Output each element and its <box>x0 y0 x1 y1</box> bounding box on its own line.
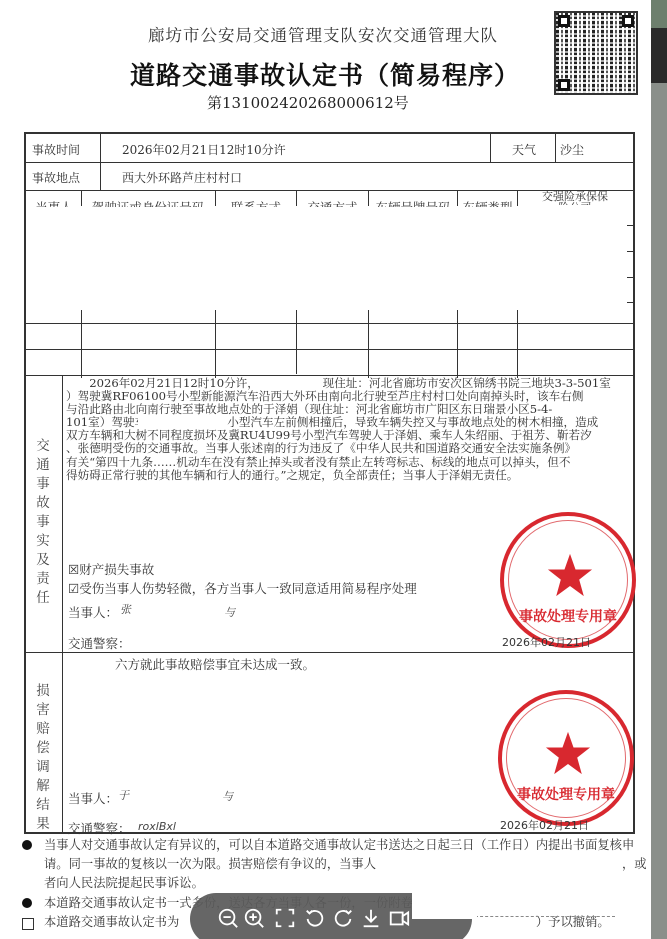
redacted-name <box>256 376 301 389</box>
bullet-icon <box>22 898 32 908</box>
col-insurer: 交强险承保保险公司 <box>519 191 631 205</box>
facts-party-signature-2: 与 <box>224 604 235 620</box>
fit-screen-button[interactable] <box>274 907 296 929</box>
redacted-plate <box>138 415 196 428</box>
mediation-party-signature-1: 于 <box>118 787 129 803</box>
location-label: 事故地点 <box>32 169 80 186</box>
mediation-officer-signature: roxlBxl <box>138 820 176 833</box>
video-button[interactable] <box>388 907 410 929</box>
facts-party-label: 当事人： <box>68 603 118 621</box>
redacted-note <box>415 856 620 875</box>
issuing-authority: 廊坊市公安局交通管理支队安次交通管理大队 <box>148 22 498 46</box>
weather-label: 天气 <box>498 141 550 158</box>
redacted-toolbar-area <box>412 893 477 919</box>
qr-code[interactable] <box>554 11 638 95</box>
zoom-in-icon <box>243 907 265 929</box>
mediation-text: 六方就此事故赔偿事宜未达成一致。 <box>90 655 315 673</box>
dashed-underline <box>475 916 615 917</box>
mediation-date: 2026年02月21日 <box>500 817 589 833</box>
time-value: 2026年02月21日12时10分许 <box>122 141 286 158</box>
minor-injury-checkbox[interactable]: ☑受伤当事人伤势轻微，各方当事人一致同意适用简易程序处理 <box>68 579 417 597</box>
download-button[interactable] <box>360 907 382 929</box>
facts-officer-label: 交通警察： <box>68 634 131 652</box>
weather-value: 沙尘 <box>560 141 584 158</box>
mediation-party-signature-2: 与 <box>222 788 233 804</box>
fullscreen-icon <box>274 907 296 929</box>
zoom-out-button[interactable] <box>217 907 239 929</box>
location-value: 西大外环路芦庄村村口 <box>122 169 242 186</box>
time-label: 事故时间 <box>32 141 80 158</box>
video-icon <box>388 907 410 929</box>
mediation-officer-label: 交通警察： <box>68 819 131 837</box>
zoom-out-icon <box>217 907 239 929</box>
facts-section-label: 交通事故事实及责任 <box>35 437 51 608</box>
rotate-right-button[interactable] <box>332 907 354 929</box>
official-seal-facts: 事故处理专用章 <box>500 512 636 648</box>
rotate-left-button[interactable] <box>304 907 326 929</box>
zoom-in-button[interactable] <box>243 907 265 929</box>
rotate-left-icon <box>304 907 326 929</box>
document-title: 道路交通事故认定书（简易程序） <box>130 56 520 92</box>
mediation-section-label: 损害赔偿调解结果 <box>35 682 51 834</box>
rotate-right-icon <box>332 907 354 929</box>
facts-party-signature-1: 张 <box>120 601 131 617</box>
star-icon <box>547 552 593 598</box>
mediation-party-label: 当事人： <box>68 789 118 807</box>
checkbox-icon <box>22 918 34 930</box>
star-icon <box>545 730 591 776</box>
redacted-parties <box>26 207 633 310</box>
download-icon <box>360 907 382 929</box>
document-number: 第131002420268000612号 <box>207 92 409 113</box>
facts-date: 2026年02月21日 <box>502 634 591 650</box>
bullet-icon <box>22 840 32 850</box>
background-window-edge <box>651 0 667 939</box>
official-seal-mediation: 事故处理专用章 <box>498 690 634 826</box>
property-loss-checkbox[interactable]: ☒财产损失事故 <box>68 560 154 578</box>
facts-text: 2026年02月21日12时10分许， 现住址：河北省廊坊市安次区锦绣书院三地块… <box>66 377 633 482</box>
